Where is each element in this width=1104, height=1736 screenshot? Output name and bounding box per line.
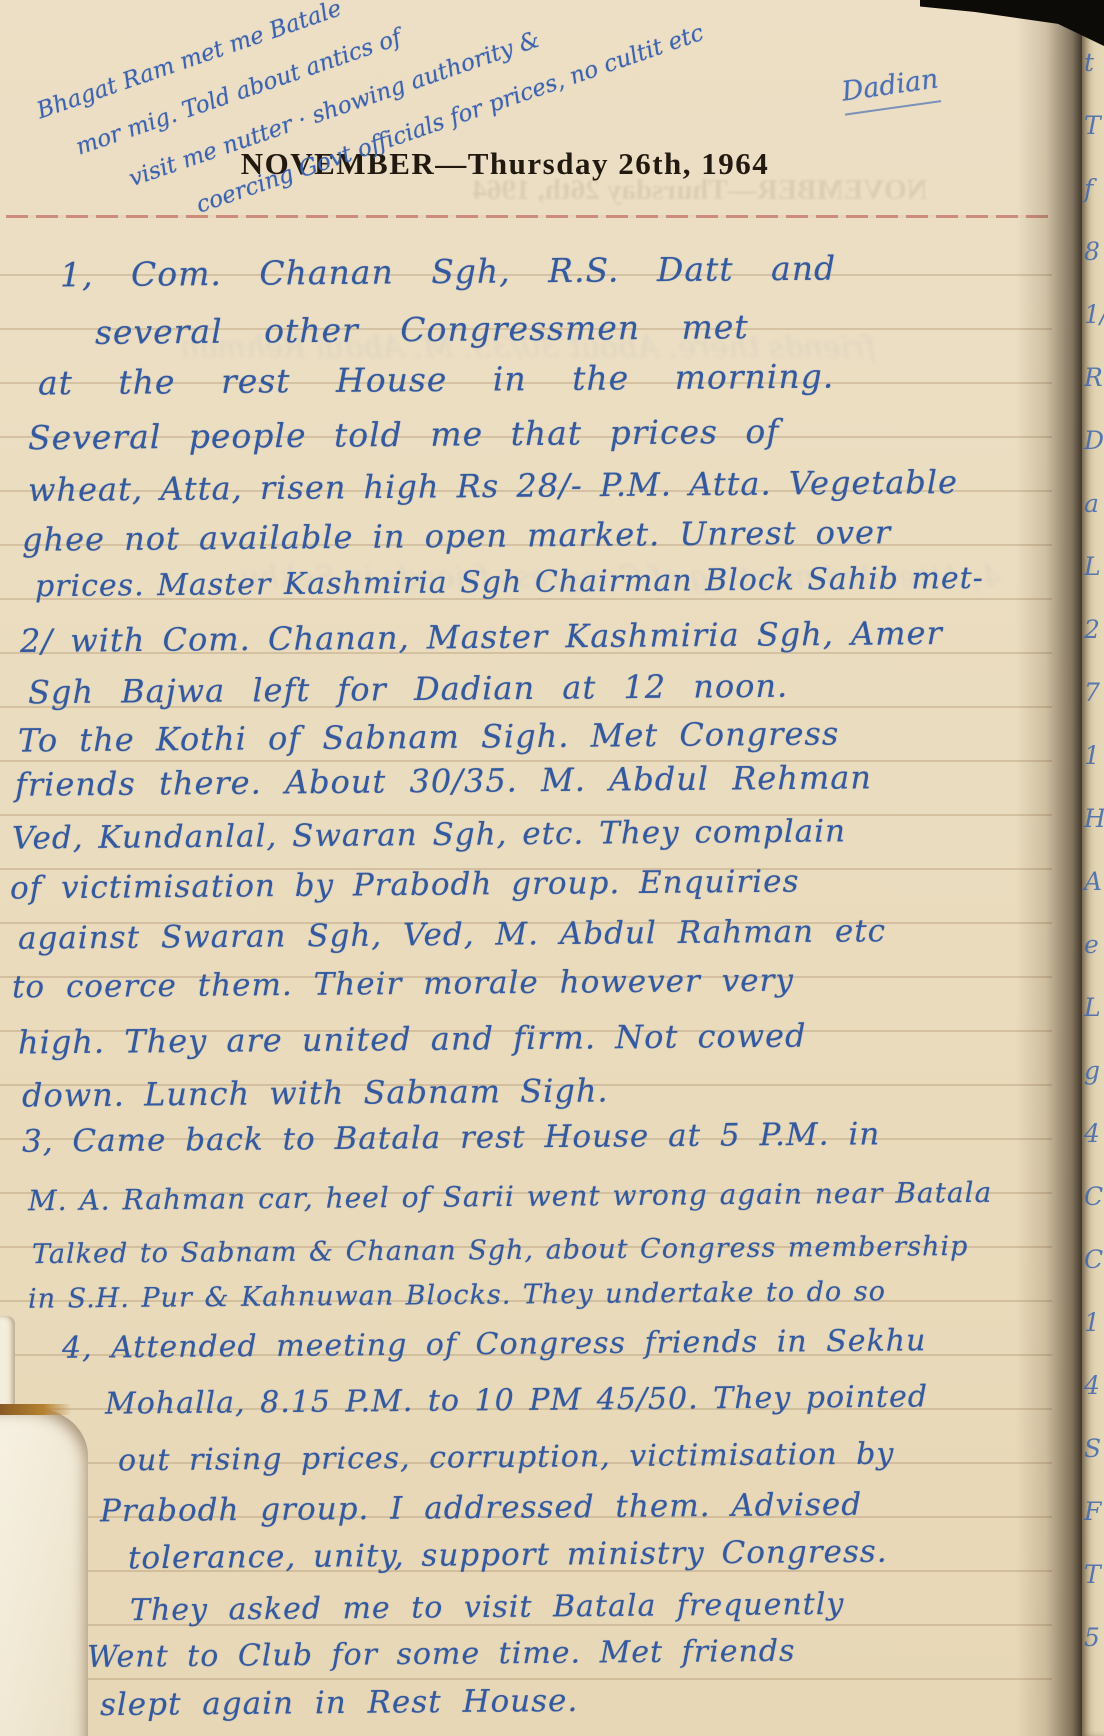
- diary-page: NOVEMBER—Thursday 26th, 1964 friends the…: [0, 0, 1104, 1736]
- annotation-place-name: Dadian: [840, 63, 942, 115]
- facing-page-fragment: 4: [1084, 1371, 1100, 1400]
- handwriting-line: friends there. About 30/35. M. Abdul Reh…: [15, 758, 872, 803]
- facing-page-fragment: t: [1084, 48, 1094, 77]
- facing-page-fragment: 1: [1084, 741, 1100, 770]
- diagonal-annotation: Bhagat Ram met me Batalemor mig. Told ab…: [2, 0, 933, 278]
- handwriting-line: in S.H. Pur & Kahnuwan Blocks. They unde…: [28, 1276, 886, 1314]
- facing-page-fragment: a: [1084, 489, 1099, 518]
- handwriting-line: Prabodh group. I addressed them. Advised: [100, 1487, 862, 1530]
- facing-page-fragment: 7: [1084, 678, 1100, 707]
- handwriting-line: ghee not available in open market. Unres…: [22, 513, 892, 559]
- facing-page-fragment: H: [1084, 804, 1104, 833]
- corner-cut-underlying-page: [0, 1408, 88, 1736]
- facing-page-fragment: T: [1084, 1560, 1101, 1589]
- handwriting-line: against Swaran Sgh, Ved, M. Abdul Rahman…: [18, 913, 886, 957]
- handwriting-line: wheat, Atta, risen high Rs 28/- P.M. Att…: [28, 463, 958, 509]
- page-edge-sliver: [0, 1316, 15, 1416]
- facing-page-fragment: 4: [1084, 1119, 1100, 1148]
- facing-page-fragment: 8: [1084, 237, 1100, 266]
- handwriting-line: Talked to Sabnam & Chanan Sgh, about Con…: [32, 1231, 969, 1270]
- handwriting-line: slept again in Rest House.: [100, 1683, 579, 1723]
- facing-page-fragment: A: [1084, 867, 1102, 896]
- facing-page-strip: tTf81/RDaL271HAeLg4CC14SFT5: [1082, 0, 1104, 1736]
- facing-page-fragment: g: [1084, 1056, 1100, 1085]
- handwriting-line: of victimisation by Prabodh group. Enqui…: [10, 864, 800, 907]
- facing-page-fragment: S: [1084, 1434, 1101, 1463]
- facing-page-fragment: L: [1084, 993, 1101, 1022]
- facing-page-fragment: 1/: [1084, 300, 1104, 329]
- facing-page-fragment: C: [1084, 1245, 1103, 1274]
- facing-page-fragment: F: [1084, 1497, 1101, 1526]
- handwriting-line: at the rest House in the morning.: [38, 357, 835, 403]
- handwriting-line: They asked me to visit Batala frequently: [130, 1587, 845, 1628]
- handwriting-line: several other Congressmen met: [95, 307, 749, 352]
- facing-page-fragment: 5: [1084, 1623, 1100, 1652]
- handwriting-line: tolerance, unity, support ministry Congr…: [128, 1534, 888, 1577]
- handwriting-line: 2/ with Com. Chanan, Master Kashmiria Sg…: [20, 614, 943, 660]
- facing-page-fragment: R: [1084, 363, 1103, 392]
- handwriting-line: Sgh Bajwa left for Dadian at 12 noon.: [28, 667, 789, 712]
- handwriting-line: To the Kothi of Sabnam Sigh. Met Congres…: [18, 714, 840, 759]
- facing-page-fragment: T: [1084, 111, 1101, 140]
- handwriting-line: 3, Came back to Batala rest House at 5 P…: [22, 1116, 881, 1159]
- facing-page-fragment: D: [1084, 426, 1104, 455]
- handwriting-line: Several people told me that prices of: [28, 412, 780, 458]
- handwriting-line: down. Lunch with Sabnam Sigh.: [22, 1071, 609, 1114]
- handwriting-line: Mohalla, 8.15 P.M. to 10 PM 45/50. They …: [105, 1379, 928, 1421]
- handwriting-line: Ved, Kundanlal, Swaran Sgh, etc. They co…: [12, 813, 846, 856]
- facing-page-fragment: f: [1084, 174, 1093, 203]
- facing-page-fragment: 2: [1084, 615, 1100, 644]
- handwriting-line: M. A. Rahman car, heel of Sarii went wro…: [28, 1176, 993, 1217]
- handwriting-line: 1, Com. Chanan Sgh, R.S. Datt and: [60, 249, 836, 295]
- facing-page-fragment: C: [1084, 1182, 1103, 1211]
- facing-page-fragment: L: [1084, 552, 1101, 581]
- binding-gutter-shadow: [1016, 0, 1082, 1736]
- binding-dark-corner: [920, 0, 1104, 46]
- handwriting-line: to coerce them. Their morale however ver…: [12, 963, 794, 1006]
- handwriting-line: prices. Master Kashmiria Sgh Chairman Bl…: [35, 561, 984, 604]
- handwriting-line: high. They are united and firm. Not cowe…: [18, 1017, 807, 1062]
- handwriting-line: out rising prices, corruption, victimisa…: [118, 1437, 895, 1479]
- handwriting-line: 4, Attended meeting of Congress friends …: [62, 1323, 927, 1366]
- facing-page-fragment: e: [1084, 930, 1099, 959]
- handwriting-line: 5, Went to Club for some time. Met frien…: [38, 1634, 796, 1676]
- stained-page-edge: [0, 1404, 72, 1415]
- facing-page-fragment: 1: [1084, 1308, 1100, 1337]
